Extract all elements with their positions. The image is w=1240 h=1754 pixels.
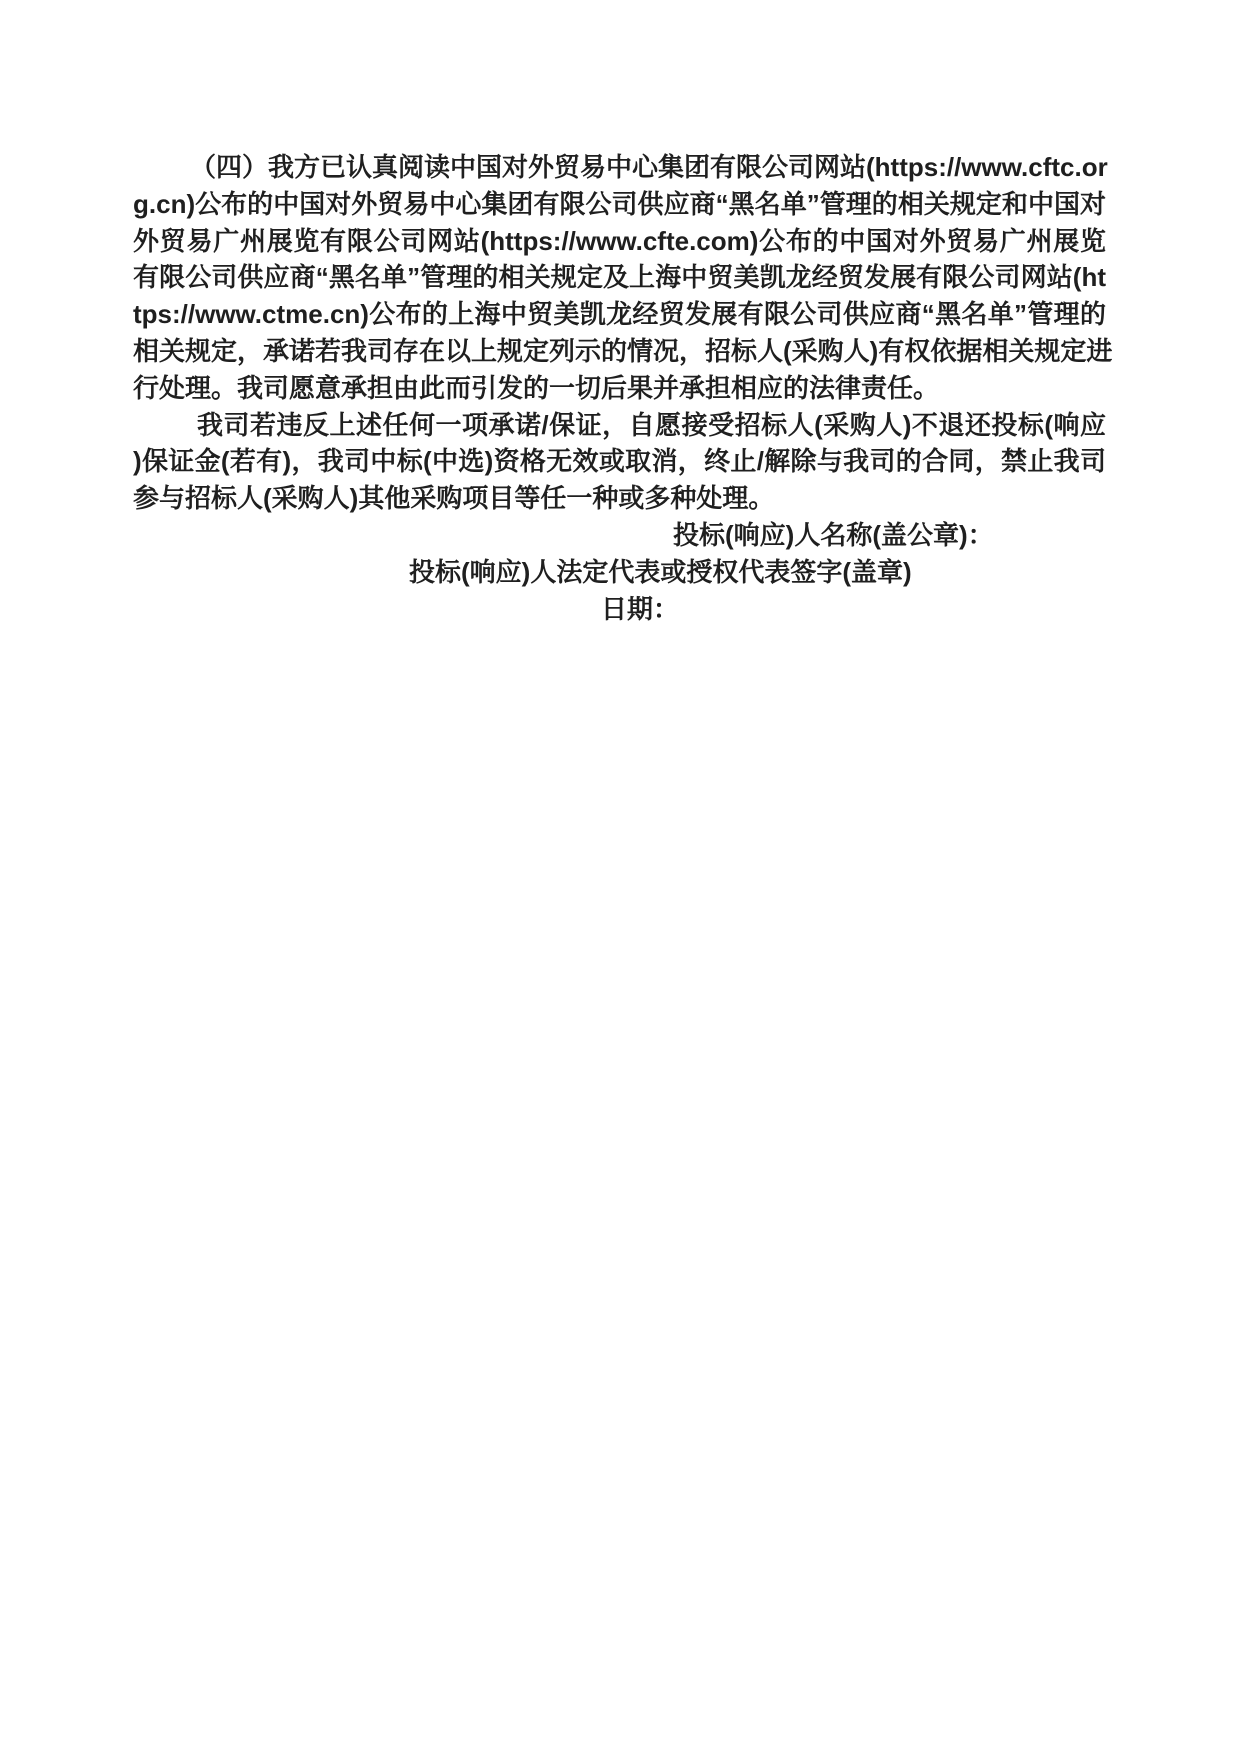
clause-four-line-1: （四）我方已认真阅读中国对外贸易中心集团有限公司网站(https://www.c… <box>133 149 1106 186</box>
document-page: （四）我方已认真阅读中国对外贸易中心集团有限公司网站(https://www.c… <box>0 0 1240 1754</box>
violation-clause-line-2: )保证金(若有)，我司中标(中选)资格无效或取消，终止/解除与我司的合同，禁止我… <box>133 443 1106 480</box>
violation-clause-line-1: 我司若违反上述任何一项承诺/保证，自愿接受招标人(采购人)不退还投标(响应 <box>133 407 1106 444</box>
bidder-name-seal-label: 投标(响应)人名称(盖公章)： <box>133 517 1106 554</box>
clause-four-line-7: 行处理。我司愿意承担由此而引发的一切后果并承担相应的法律责任。 <box>133 370 1106 407</box>
clause-four-line-6: 相关规定，承诺若我司存在以上规定列示的情况，招标人(采购人)有权依据相关规定进 <box>133 333 1106 370</box>
clause-four-line-3: 外贸易广州展览有限公司网站(https://www.cfte.com)公布的中国… <box>133 223 1106 260</box>
representative-signature-label: 投标(响应)人法定代表或授权代表签字(盖章) <box>133 554 1106 591</box>
clause-four-line-2: g.cn)公布的中国对外贸易中心集团有限公司供应商“黑名单”管理的相关规定和中国… <box>133 186 1106 223</box>
date-label: 日期： <box>133 591 1106 628</box>
violation-clause-line-3: 参与招标人(采购人)其他采购项目等任一种或多种处理。 <box>133 480 1106 517</box>
clause-four-line-5: tps://www.ctme.cn)公布的上海中贸美凯龙经贸发展有限公司供应商“… <box>133 296 1106 333</box>
commitment-letter-body: （四）我方已认真阅读中国对外贸易中心集团有限公司网站(https://www.c… <box>133 149 1106 627</box>
clause-four-line-4: 有限公司供应商“黑名单”管理的相关规定及上海中贸美凯龙经贸发展有限公司网站(ht <box>133 259 1106 296</box>
